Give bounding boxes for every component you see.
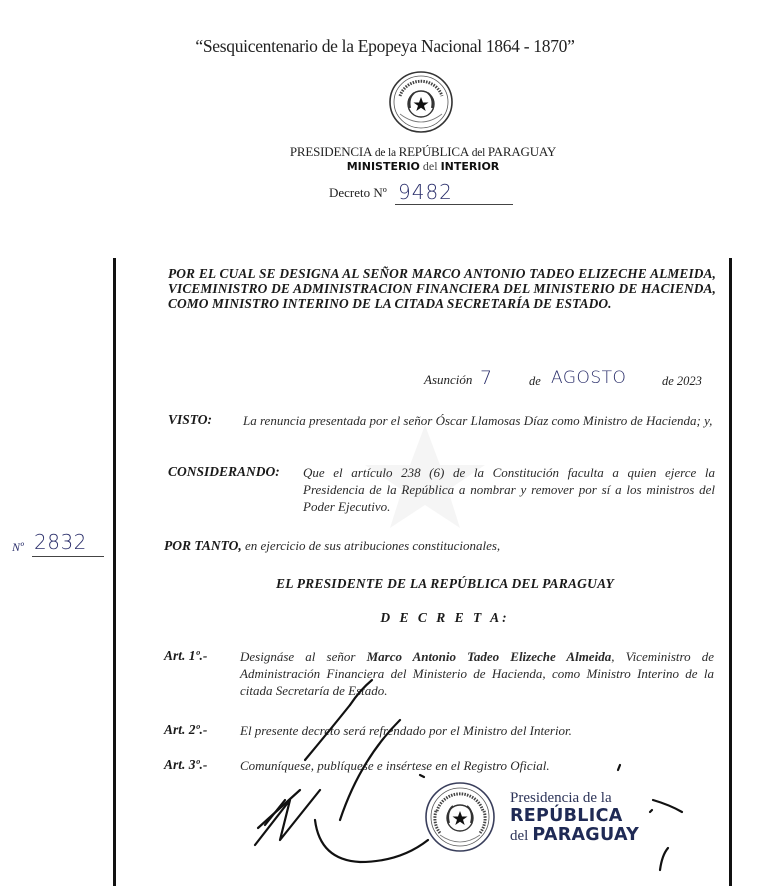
article-2-text: El presente decreto será refrendado por …: [240, 722, 714, 739]
article-3-label: Art. 3º.-: [164, 757, 207, 773]
frame-right-border: [729, 258, 732, 886]
registry-number-handwritten: 2832: [34, 530, 87, 554]
president-heading: EL PRESIDENTE DE LA REPÚBLICA DEL PARAGU…: [160, 576, 730, 592]
ministerio-heading: MINISTERIO del INTERIOR: [0, 159, 770, 174]
decreto-number-handwritten: 9482: [398, 180, 453, 204]
por-tanto-label: POR TANTO,: [164, 538, 242, 553]
por-tanto-text: en ejercicio de sus atribuciones constit…: [242, 538, 500, 553]
presidency-logo: Presidencia de la REPÚBLICA del PARAGUAY: [510, 790, 639, 846]
decreto-number-underline: [395, 204, 513, 205]
frame-left-border: [113, 258, 116, 886]
decree-title: POR EL CUAL SE DESIGNA AL SEÑOR MARCO AN…: [168, 266, 716, 311]
presidencia-heading: PRESIDENCIA de la REPÚBLICA del PARAGUAY: [0, 144, 770, 160]
article-2-label: Art. 2º.-: [164, 722, 207, 738]
considerando-text: Que el artículo 238 (6) de la Constituci…: [303, 464, 715, 515]
visto-text: La renuncia presentada por el señor Ósca…: [243, 412, 715, 429]
article-1-label: Art. 1º.-: [164, 648, 207, 664]
decreto-number-label: Decreto Nº: [329, 185, 387, 201]
coat-of-arms-seal-icon: [424, 781, 496, 853]
visto-label: VISTO:: [168, 412, 212, 428]
registry-number-underline: [32, 556, 104, 557]
considerando-label: CONSIDERANDO:: [168, 464, 280, 480]
coat-of-arms-seal-icon: [386, 70, 456, 134]
article-3-text: Comuníquese, publíquese e insértese en e…: [240, 757, 714, 774]
date-month-handwritten: AGOSTO: [551, 368, 626, 388]
appointee-name: Marco Antonio Tadeo Elizeche Almeida: [367, 649, 612, 664]
article-1-text: Designáse al señor Marco Antonio Tadeo E…: [240, 648, 714, 699]
date-year: de 2023: [662, 374, 702, 389]
place-label: Asunción: [424, 372, 472, 388]
registry-number-label: Nº: [12, 540, 24, 555]
date-connector: de: [529, 374, 541, 389]
por-tanto-clause: POR TANTO, en ejercicio de sus atribucio…: [164, 538, 500, 554]
commemorative-motto: “Sesquicentenario de la Epopeya Nacional…: [0, 36, 770, 57]
decreta-heading: D E C R E T A:: [160, 610, 730, 626]
date-day-handwritten: 7: [480, 367, 492, 389]
